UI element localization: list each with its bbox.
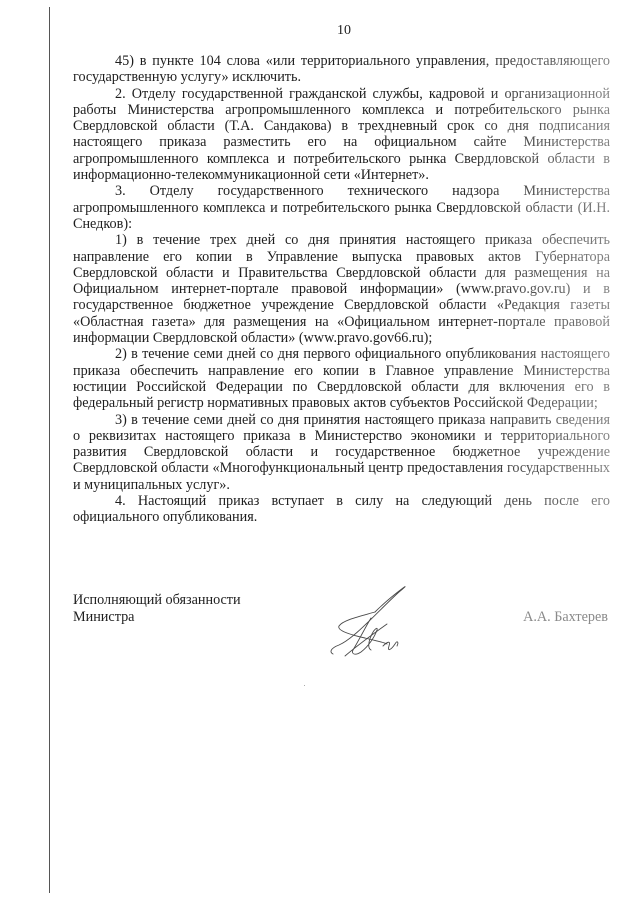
paragraph-section-4: 4. Настоящий приказ вступает в силу на с… (73, 493, 610, 526)
paragraph-item-45: 45) в пункте 104 слова «или территориаль… (73, 53, 610, 86)
signer-position-line-1: Исполняющий обязанности (73, 592, 241, 609)
paragraph-section-2: 2. Отделу государственной гражданской сл… (73, 86, 610, 184)
signer-name: А.А. Бахтерев (523, 609, 608, 626)
binding-line (49, 7, 50, 893)
signer-position-line-2: Министра (73, 609, 241, 626)
paragraph-section-3-item-2: 2) в течение семи дней со дня первого оф… (73, 346, 610, 411)
paragraph-section-3-item-3: 3) в течение семи дней со дня принятия н… (73, 412, 610, 493)
scan-artifact-dot (304, 685, 305, 686)
document-body: 45) в пункте 104 слова «или территориаль… (73, 53, 610, 526)
page-number: 10 (0, 23, 640, 39)
paragraph-section-3-item-1: 1) в течение трех дней со дня принятия н… (73, 232, 610, 346)
signer-position: Исполняющий обязанности Министра (73, 592, 241, 625)
handwritten-signature-icon (325, 582, 415, 664)
paragraph-section-3: 3. Отделу государственного технического … (73, 183, 610, 232)
